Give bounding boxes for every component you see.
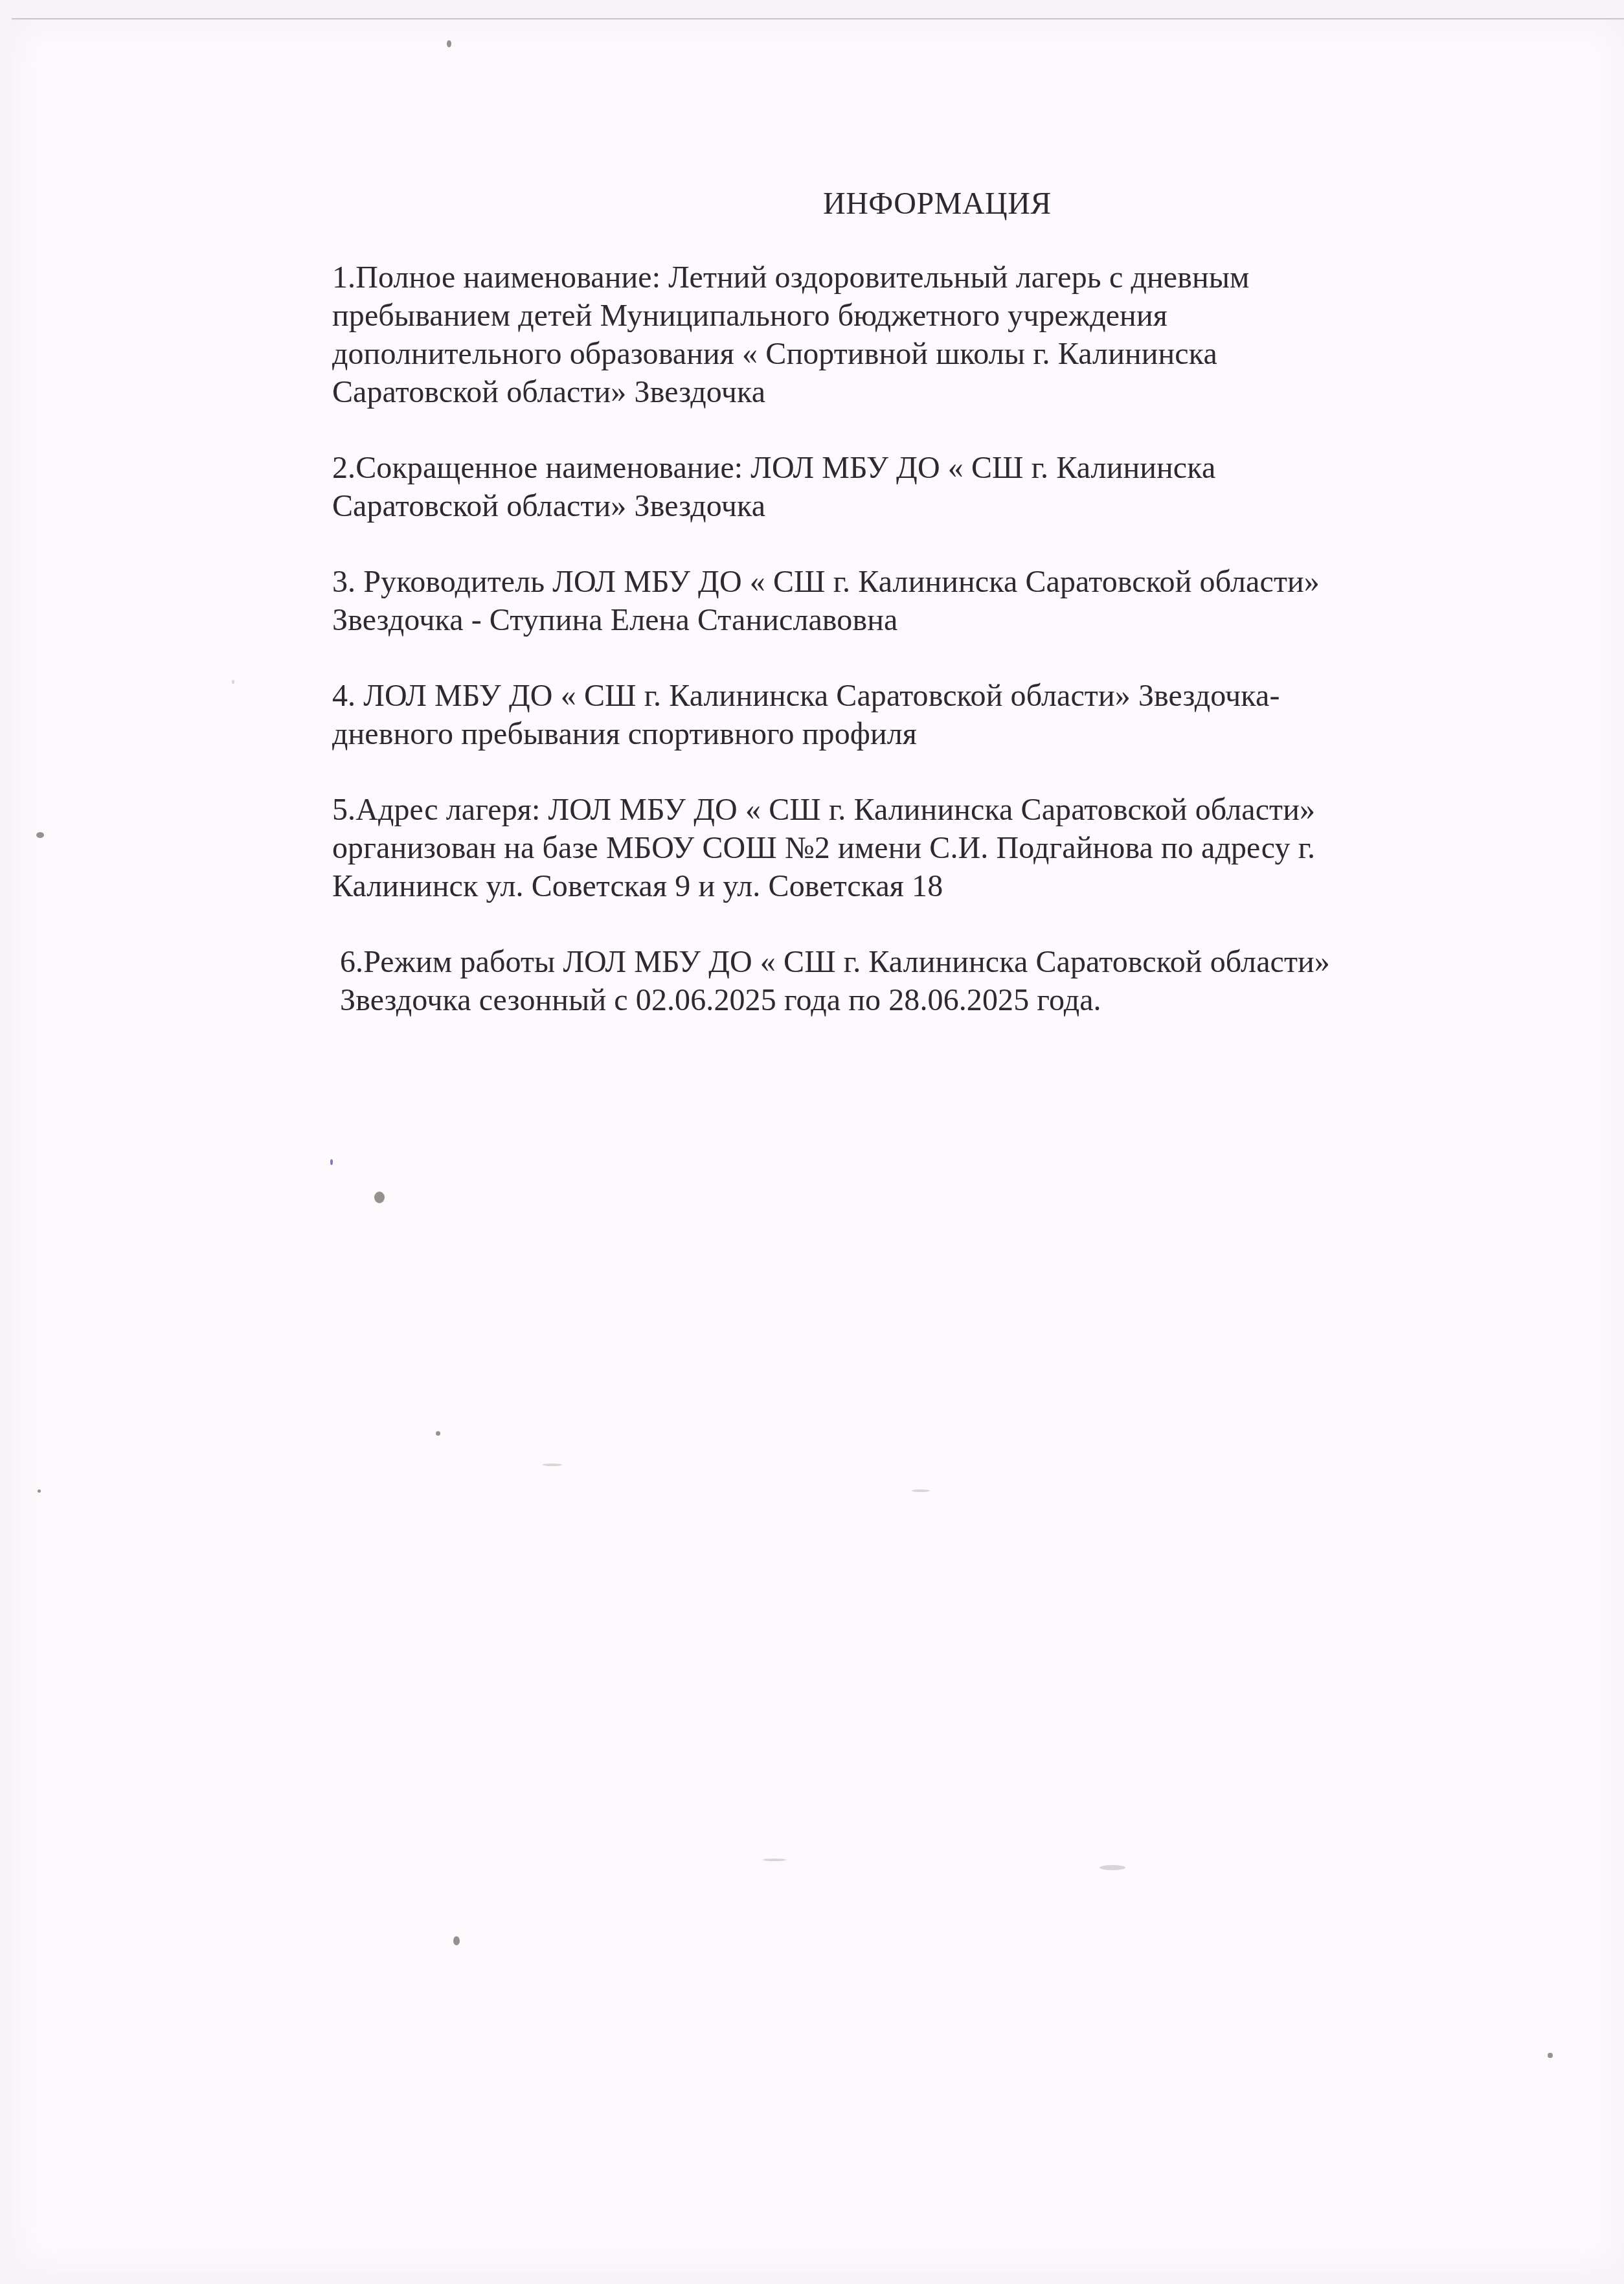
scan-speck (436, 1431, 440, 1436)
document-content: ИНФОРМАЦИЯ 1.Полное наименование: Летний… (332, 185, 1537, 1057)
scan-speck (447, 40, 451, 47)
scan-speck (36, 832, 44, 838)
info-item-address: 5.Адрес лагеря: ЛОЛ МБУ ДО « СШ г. Калин… (332, 791, 1537, 905)
document-page: ИНФОРМАЦИЯ 1.Полное наименование: Летний… (12, 18, 1624, 2273)
scan-speck (330, 1159, 333, 1165)
info-item-schedule: 6.Режим работы ЛОЛ МБУ ДО « СШ г. Калини… (332, 943, 1537, 1019)
info-item-full-name: 1.Полное наименование: Летний оздоровите… (332, 258, 1537, 411)
scan-speck (543, 1464, 562, 1466)
info-item-camp-type: 4. ЛОЛ МБУ ДО « СШ г. Калининска Саратов… (332, 677, 1537, 753)
scan-speck (232, 680, 234, 684)
info-item-director: 3. Руководитель ЛОЛ МБУ ДО « СШ г. Калин… (332, 563, 1537, 639)
scan-speck (912, 1489, 930, 1492)
scan-speck (763, 1859, 786, 1861)
document-title: ИНФОРМАЦИЯ (823, 185, 1537, 223)
scan-speck (38, 1489, 41, 1493)
scan-speck (374, 1192, 385, 1203)
scan-speck (1548, 2053, 1553, 2058)
info-item-short-name: 2.Сокращенное наименование: ЛОЛ МБУ ДО «… (332, 449, 1537, 525)
scan-speck (453, 1936, 460, 1945)
scan-speck (1100, 1865, 1125, 1870)
